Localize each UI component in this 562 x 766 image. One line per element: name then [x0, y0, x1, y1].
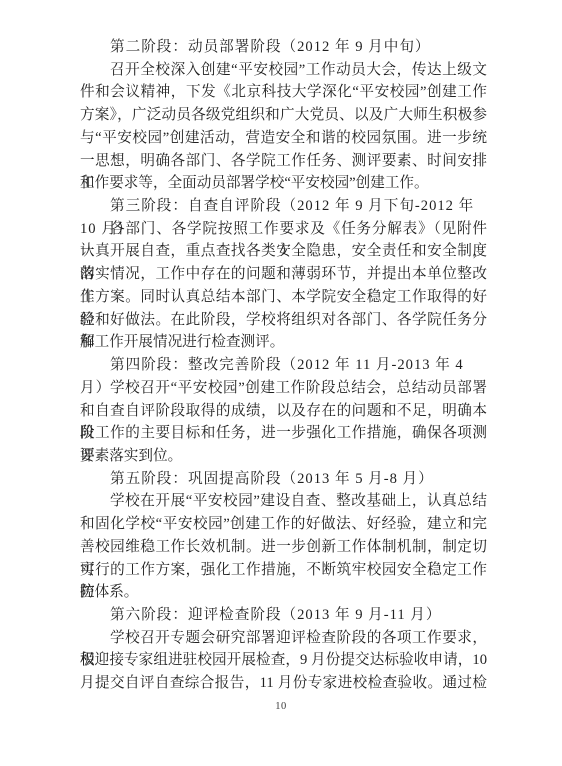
stage-heading: 第三阶段：自查自评阶段（2012 年 9 月下旬-2012 年 10 月） [80, 195, 487, 218]
text-line: 和自查自评阶段取得的成绩，以及存在的问题和不足，明确本阶 [80, 400, 487, 423]
text-line: 作方案。同时认真总结本部门、本学院安全稳定工作取得的好经 [80, 286, 487, 309]
text-line: 第四阶段：整改完善阶段（2012 年 11 月-2013 年 4 月） [80, 354, 487, 377]
document-body: 第二阶段：动员部署阶段（2012 年 9 月中旬）召开全校深入创建“平安校园”工… [80, 36, 487, 695]
body-paragraph: 学校在开展“平安校园”建设自查、整改基础上，认真总结和固化学校“平安校园”创建工… [80, 490, 487, 604]
text-line: 学校召开“平安校园”创建工作阶段总结会，总结动员部署 [80, 377, 487, 400]
text-line: 与“平安校园”创建活动，营造安全和谐的校园氛围。进一步统 [80, 127, 487, 150]
text-line: 段工作的主要目标和任务，进一步强化工作措施，确保各项测评 [80, 422, 487, 445]
text-line: 可行的工作方案，强化工作措施，不断筑牢校园安全稳定工作防 [80, 559, 487, 582]
text-line: 第五阶段：巩固提高阶段（2013 年 5 月-8 月） [80, 468, 487, 491]
stage-heading: 第五阶段：巩固提高阶段（2013 年 5 月-8 月） [80, 468, 487, 491]
body-paragraph: 召开全校深入创建“平安校园”工作动员大会，传达上级文件和会议精神，下发《北京科技… [80, 59, 487, 195]
text-line: 要素落实到位。 [80, 445, 487, 468]
body-paragraph: 学校召开“平安校园”创建工作阶段总结会，总结动员部署和自查自评阶段取得的成绩，以… [80, 377, 487, 468]
text-line: 工作要求等，全面动员部署学校“平安校园”创建工作。 [80, 172, 487, 195]
page-number: 10 [0, 701, 562, 712]
text-line: 各部门、各学院按照工作要求及《任务分解表》（见附件一）， [80, 218, 487, 241]
text-line: 件和会议精神，下发《北京科技大学深化“平安校园”创建工作 [80, 81, 487, 104]
stage-heading: 第二阶段：动员部署阶段（2012 年 9 月中旬） [80, 36, 487, 59]
text-line: 学校召开专题会研究部署迎评检查阶段的各项工作要求，积 [80, 627, 487, 650]
text-line: 月提交自评自查综合报告，11 月份专家进校检查验收。通过检 [80, 672, 487, 695]
text-line: 验和好做法。在此阶段，学校将组织对各部门、各学院任务分解 [80, 309, 487, 332]
text-line: 第六阶段：迎评检查阶段（2013 年 9 月-11 月） [80, 604, 487, 627]
text-line: 善校园维稳工作长效机制。进一步创新工作体制机制，制定切实 [80, 536, 487, 559]
body-paragraph: 学校召开专题会研究部署迎评检查阶段的各项工作要求，积极迎接专家组进驻校园开展检查… [80, 627, 487, 695]
text-line: 和工作开展情况进行检查测评。 [80, 331, 487, 354]
text-line: 落实情况，工作中存在的问题和薄弱环节，并提出本单位整改工 [80, 263, 487, 286]
stage-heading: 第六阶段：迎评检查阶段（2013 年 9 月-11 月） [80, 604, 487, 627]
text-line: 极迎接专家组进驻校园开展检查，9 月份提交达标验收申请，10 [80, 649, 487, 672]
text-line: 第二阶段：动员部署阶段（2012 年 9 月中旬） [80, 36, 487, 59]
text-line: 一思想，明确各部门、各学院工作任务、测评要素、时间安排和 [80, 150, 487, 173]
text-line: 方案》，广泛动员各级党组织和广大党员、以及广大师生积极参 [80, 104, 487, 127]
text-line: 第三阶段：自查自评阶段（2012 年 9 月下旬-2012 年 10 月） [80, 195, 487, 218]
text-line: 和固化学校“平安校园”创建工作的好做法、好经验，建立和完 [80, 513, 487, 536]
document-page: 第二阶段：动员部署阶段（2012 年 9 月中旬）召开全校深入创建“平安校园”工… [0, 0, 562, 766]
text-line: 学校在开展“平安校园”建设自查、整改基础上，认真总结 [80, 490, 487, 513]
stage-heading: 第四阶段：整改完善阶段（2012 年 11 月-2013 年 4 月） [80, 354, 487, 377]
text-line: 认真开展自查，重点查找各类安全隐患，安全责任和安全制度的 [80, 240, 487, 263]
text-line: 召开全校深入创建“平安校园”工作动员大会，传达上级文 [80, 59, 487, 82]
text-line: 控体系。 [80, 581, 487, 604]
body-paragraph: 各部门、各学院按照工作要求及《任务分解表》（见附件一），认真开展自查，重点查找各… [80, 218, 487, 354]
